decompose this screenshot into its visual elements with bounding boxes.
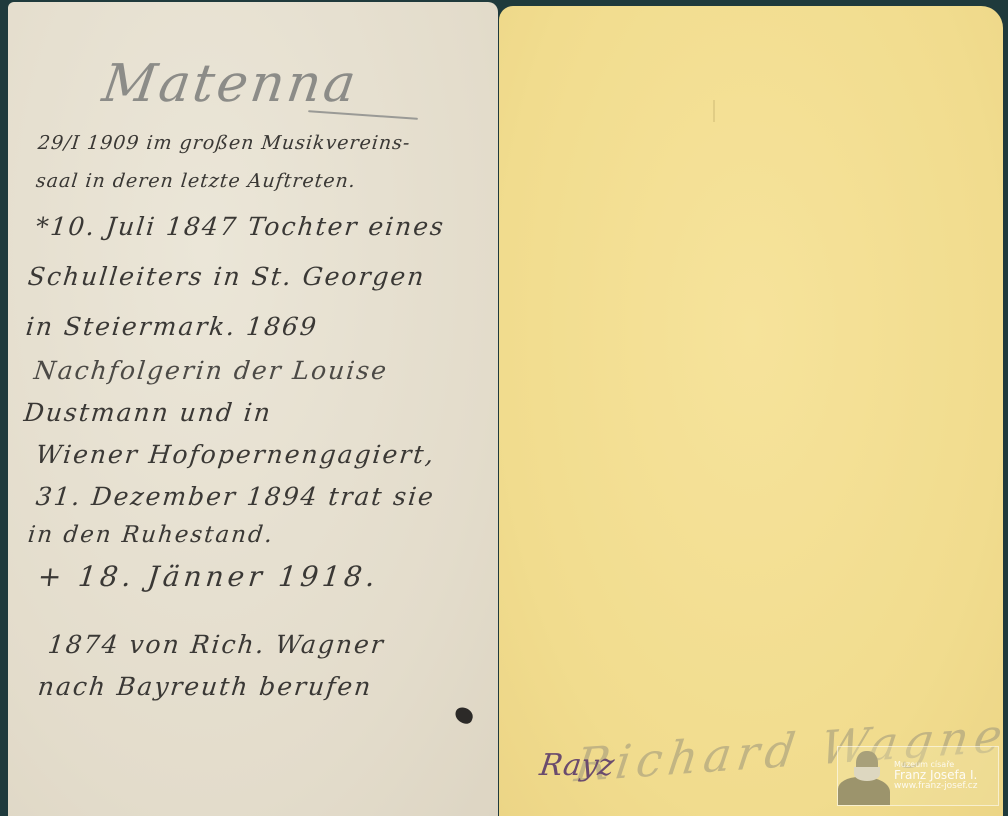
- handwritten-line-10: in den Ruhestand.: [27, 522, 276, 548]
- handwritten-line-5: in Steiermark. 1869: [24, 312, 319, 341]
- handwritten-line-9: 31. Dezember 1894 trat sie: [34, 482, 436, 511]
- handwritten-line-11: + 18. Jänner 1918.: [36, 560, 380, 593]
- portrait-icon: [838, 747, 890, 805]
- handwritten-line-13: nach Bayreuth berufen: [36, 672, 373, 701]
- handwritten-line-8: Wiener Hofopernengagiert,: [34, 440, 436, 469]
- handwritten-line-12: 1874 von Rich. Wagner: [46, 630, 386, 659]
- handwritten-line-1: 29/I 1909 im großen Musikvereins-: [37, 132, 412, 154]
- handwritten-line-2: saal in deren letzte Auftreten.: [35, 170, 357, 192]
- handwritten-line-4: Schulleiters in St. Georgen: [26, 262, 427, 291]
- purple-ink-note: Rayz: [538, 748, 617, 783]
- watermark-line-2: Franz Josefa I.: [894, 769, 977, 782]
- faint-mark: [713, 100, 715, 122]
- right-card-back: [499, 6, 1003, 816]
- handwritten-line-3: *10. Juli 1847 Tochter eines: [34, 212, 446, 241]
- handwritten-line-6: Nachfolgerin der Louise: [32, 356, 389, 385]
- watermark-url: www.franz-josef.cz: [894, 782, 977, 791]
- title-t-stroke: [308, 110, 418, 120]
- handwritten-title: Matenna: [99, 54, 362, 114]
- handwritten-line-7: Dustmann und in: [22, 398, 273, 427]
- museum-watermark: Muzeum císaře Franz Josefa I. www.franz-…: [837, 746, 999, 806]
